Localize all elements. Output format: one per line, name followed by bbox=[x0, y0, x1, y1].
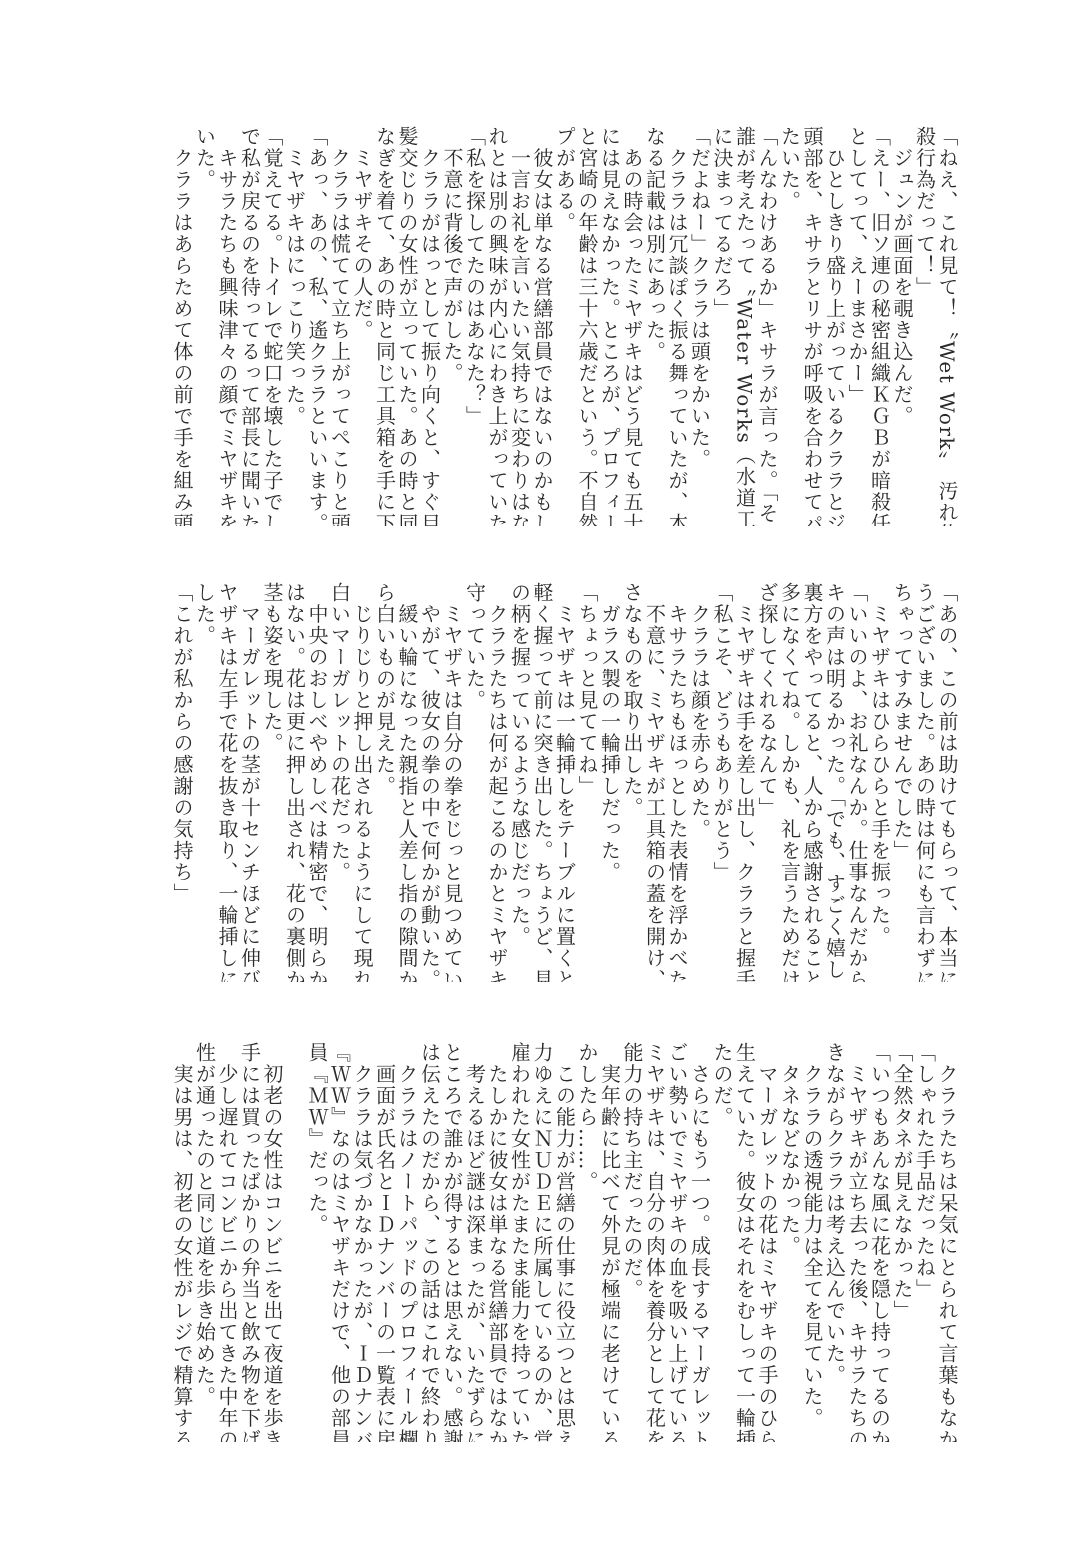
text-column: クララは気づかなかったが、ＩＤナンバーの頭が bbox=[351, 1042, 374, 1442]
text-column: 殺行為だって！」 bbox=[913, 126, 936, 526]
text-column: ごい勢いでミヤザキの血を吸い上げているのも見た。 bbox=[666, 1042, 689, 1442]
text-column: なぎを着て、あの時と同じ工具箱を手に下げている。 bbox=[373, 126, 396, 526]
text-column: かしたら……。 bbox=[576, 1042, 599, 1442]
text-column: この能力が営繕の仕事に役立つとは思えない。能 bbox=[553, 1042, 576, 1442]
novel-page: 「ねえ、これ見て！〝Wet Work〟 汚れ仕事、暗殺行為だって！」 ジュンが画… bbox=[0, 0, 1080, 1547]
text-column: 不意に背後で声がした。 bbox=[441, 126, 464, 526]
text-column: 「あっ、あの、私、遙クララといいます。私……」 bbox=[306, 126, 329, 526]
text-column: クララは顔を赤らめた。 bbox=[688, 582, 711, 982]
text-band-top: 「ねえ、これ見て！〝Wet Work〟 汚れ仕事、暗殺行為だって！」 ジュンが画… bbox=[122, 126, 958, 526]
text-column: たいた。 bbox=[778, 126, 801, 526]
text-column: ひとしきり盛り上がっているクララとジュンの後 bbox=[823, 126, 846, 526]
text-band-bottom: クララたちは呆気にとられて言葉もなかった。「しゃれた手品だったね」「全然タネが見… bbox=[122, 1042, 958, 1442]
text-column: は伝えたのだから、この話はこれで終わりにしよう。 bbox=[418, 1042, 441, 1442]
text-column: には見えなかった。ところが、プロフィールによる bbox=[598, 126, 621, 526]
text-column: 「ちょっと見ててね」 bbox=[576, 582, 599, 982]
text-column: 「全然タネが見えなかった」 bbox=[891, 1042, 914, 1442]
text-column: 実は男は、初老の女性がレジで精算する前から彼 bbox=[171, 1042, 194, 1442]
text-column: に決まってるだろ」 bbox=[711, 126, 734, 526]
text-column: 白いマーガレットの花だった。 bbox=[328, 582, 351, 982]
text-column: 一言お礼を言いたい気持ちに変わりはないが、そ bbox=[508, 126, 531, 526]
text-column: 「これが私からの感謝の気持ち」 bbox=[171, 582, 194, 982]
text-column: 手には買ったばかりの弁当と飲み物を下げている。 bbox=[238, 1042, 261, 1442]
text-column: あの時会ったミヤザキはどう見ても五十歳より下 bbox=[621, 126, 644, 526]
text-column: ミヤザキは自分の拳をじっと見つめている。 bbox=[441, 582, 464, 982]
text-column: 「んなわけあるか」キサラが言った。「そんなもん、 bbox=[756, 126, 779, 526]
text-column: 「しゃれた手品だったね」 bbox=[913, 1042, 936, 1442]
text-column: ら白いものが見えた。 bbox=[373, 582, 396, 982]
text-column: 実年齢に比べて外見が極端に老けているのはもし bbox=[598, 1042, 621, 1442]
text-column: 「覚えてる。トイレで蛇口を壊した子でしょ。ここ bbox=[261, 126, 284, 526]
text-column: クララたちは何が起こるのかとミヤザキの拳を見 bbox=[486, 582, 509, 982]
text-column: クララはノートパッドのプロフィール欄を閉じた。 bbox=[396, 1042, 419, 1442]
text-column: としてって、えーまさかー」 bbox=[846, 126, 869, 526]
text-column: 雇われた女性がたまたま能力を持っていたのか。 bbox=[508, 1042, 531, 1442]
text-column: 『ＷＷ』なのはミヤザキだけで、他の部員たちは全 bbox=[328, 1042, 351, 1442]
text-column: 中央のおしべやめしべは精密で、明らかに造花で bbox=[306, 582, 329, 982]
text-column: ミヤザキその人だ。 bbox=[351, 126, 374, 526]
text-column: 生えていた。彼女はそれをむしって一輪挿しに刺し bbox=[733, 1042, 756, 1442]
text-column: ミヤザキは一輪挿しをテーブルに置くと、右手を bbox=[553, 582, 576, 982]
text-column: キサラたちもほっとした表情を浮かべた。 bbox=[666, 582, 689, 982]
text-column: はない。花は更に押し出され、花の裏側から伸びる bbox=[283, 582, 306, 982]
text-column: 「私こそ、どうもありがとう」 bbox=[711, 582, 734, 982]
text-column: 「えー、旧ソ連の秘密組織ＫＧＢが暗殺任務の別名 bbox=[868, 126, 891, 526]
text-column: 員『ＭＷ』だった。 bbox=[306, 1042, 329, 1442]
text-column: ところで誰かが得するとは思えない。感謝の気持ち bbox=[441, 1042, 464, 1442]
text-column: ジュンが画面を覗き込んだ。 bbox=[891, 126, 914, 526]
text-column: キの声は明るかった。「でも、すごく嬉しい。こんな bbox=[823, 582, 846, 982]
text-column: ミヤザキが立ち去った後、キサラたちの会話を聞 bbox=[846, 1042, 869, 1442]
text-column: と宮崎の年齢は三十六歳だという。不自然なギャッ bbox=[576, 126, 599, 526]
text-column: クララはあらためて体の前で手を組み頭を下げた。 bbox=[171, 126, 194, 526]
text-column: 少し遅れてコンビニから出てきた中年の男も、女 bbox=[216, 1042, 239, 1442]
text-column: 初老の女性はコンビニを出て夜道を歩き出した。 bbox=[261, 1042, 284, 1442]
text-column: さらにもう一つ。成長するマーガレットがものす bbox=[688, 1042, 711, 1442]
text-column: キサラたちも興味津々の顔でミヤザキを見つめて bbox=[216, 126, 239, 526]
text-column: いた。 bbox=[193, 126, 216, 526]
text-column: マーガレットの花はミヤザキの手のひらから直接 bbox=[756, 1042, 779, 1442]
text-column: ミヤザキはにっこり笑った。 bbox=[283, 126, 306, 526]
text-column: 「あの、この前は助けてもらって、本当にありがと bbox=[936, 582, 959, 982]
text-column: 髪交じりの女性が立っていた。あの時と同じ青いつ bbox=[396, 126, 419, 526]
text-column: じりじりと押し出されるようにして現れたのは、 bbox=[351, 582, 374, 982]
text-column: 「いいのよ、お礼なんか。仕事なんだから」ミヤザ bbox=[846, 582, 869, 982]
text-column: たのだ。 bbox=[711, 1042, 734, 1442]
text-column: 「私を探してたのはあなた？」 bbox=[463, 126, 486, 526]
text-column: クララがはっとして振り向くと、すぐ目の前に白 bbox=[418, 126, 441, 526]
text-column: プがある。 bbox=[553, 126, 576, 526]
text-column: 画面が氏名とＩＤナンバーの一覧表に戻った。 bbox=[373, 1042, 396, 1442]
text-column: クララの透視能力は全てを見ていた。 bbox=[801, 1042, 824, 1442]
text-column: 力ゆえにＮＵＤＥに所属しているのか、営繕のため bbox=[531, 1042, 554, 1442]
text-column: 多になくてね。しかも、礼を言うためだけにわざわ bbox=[778, 582, 801, 982]
text-column: きながらクララは考え込んでいた。 bbox=[823, 1042, 846, 1442]
text-column: たしかに彼女は単なる営繕部員ではなかった。 bbox=[486, 1042, 509, 1442]
text-column: 「いつもあんな風に花を隠し持ってるのかな」 bbox=[868, 1042, 891, 1442]
text-column: 誰が考えたって〝Water Works（水道工事）〟の略 bbox=[733, 126, 756, 526]
text-column: の柄を握っているような感じだった。 bbox=[508, 582, 531, 982]
text-column: マーガレットの茎が十センチほどに伸びた頃、ミ bbox=[238, 582, 261, 982]
text-column: 頭部を、キサラとリサが呼吸を合わせてパコンとは bbox=[801, 126, 824, 526]
text-column: 守っていた。 bbox=[463, 582, 486, 982]
text-column: 軽く握って前に突き出した。ちょうど、見えない傘 bbox=[531, 582, 554, 982]
text-column: 緩い輪になった親指と人差し指の隙間から、何や bbox=[396, 582, 419, 982]
text-column: 性が通ったのと同じ道を歩き始めた。 bbox=[193, 1042, 216, 1442]
text-column: 考えるほど謎は深まったが、いたずらに詮索した bbox=[463, 1042, 486, 1442]
text-column: ヤザキは左手で花を抜き取り、一輪挿しにそっと挿 bbox=[216, 582, 239, 982]
text-column: タネなどなかった。 bbox=[778, 1042, 801, 1442]
text-column: 裏方をやってると、人から感謝されることなんて滅 bbox=[801, 582, 824, 982]
text-band-middle: 「あの、この前は助けてもらって、本当にありがとうございました。あの時は何にも言わ… bbox=[122, 582, 958, 982]
text-column bbox=[283, 1042, 306, 1442]
text-column: 彼女は単なる営繕部員ではないのかもしれない。 bbox=[531, 126, 554, 526]
text-column: クララは慌てて立ち上がってぺこりと頭を下げた。 bbox=[328, 126, 351, 526]
text-column: 「だよねー」クララは頭をかいた。 bbox=[688, 126, 711, 526]
text-column: ミヤザキはひらひらと手を振った。 bbox=[868, 582, 891, 982]
text-column: 「ねえ、これ見て！〝Wet Work〟 汚れ仕事、暗 bbox=[936, 126, 959, 526]
text-column: 茎も姿を現した。 bbox=[261, 582, 284, 982]
text-column: クララは冗談ぽく振る舞っていたが、本当に気に bbox=[666, 126, 689, 526]
text-column: れとは別の興味が内心にわき上がっていた。 bbox=[486, 126, 509, 526]
text-column: ガラス製の一輪挿しだった。 bbox=[598, 582, 621, 982]
text-column: クララたちは呆気にとられて言葉もなかった。 bbox=[936, 1042, 959, 1442]
text-column: 能力の持ち主だったのだ。 bbox=[621, 1042, 644, 1442]
text-column: ミヤザキは手を差し出し、クララと握手した。 bbox=[733, 582, 756, 982]
text-column: で私が戻るのを待ってるって部長に聞いたから」 bbox=[238, 126, 261, 526]
text-column: ミヤザキは、自分の肉体を養分として花を咲かせる bbox=[643, 1042, 666, 1442]
text-column: なる記載は別にあった。 bbox=[643, 126, 666, 526]
text-column: やがて、彼女の拳の中で何かが動いた。 bbox=[418, 582, 441, 982]
text-column: さなものを取り出した。 bbox=[621, 582, 644, 982]
text-column: ちゃってすみませんでした」 bbox=[891, 582, 914, 982]
text-column: した。 bbox=[193, 582, 216, 982]
text-column: うございました。あの時は何にも言わずに出て行っ bbox=[913, 582, 936, 982]
text-column: 不意に、ミヤザキが工具箱の蓋を開け、中から小 bbox=[643, 582, 666, 982]
text-column: ざ探してくれるなんて」 bbox=[756, 582, 779, 982]
